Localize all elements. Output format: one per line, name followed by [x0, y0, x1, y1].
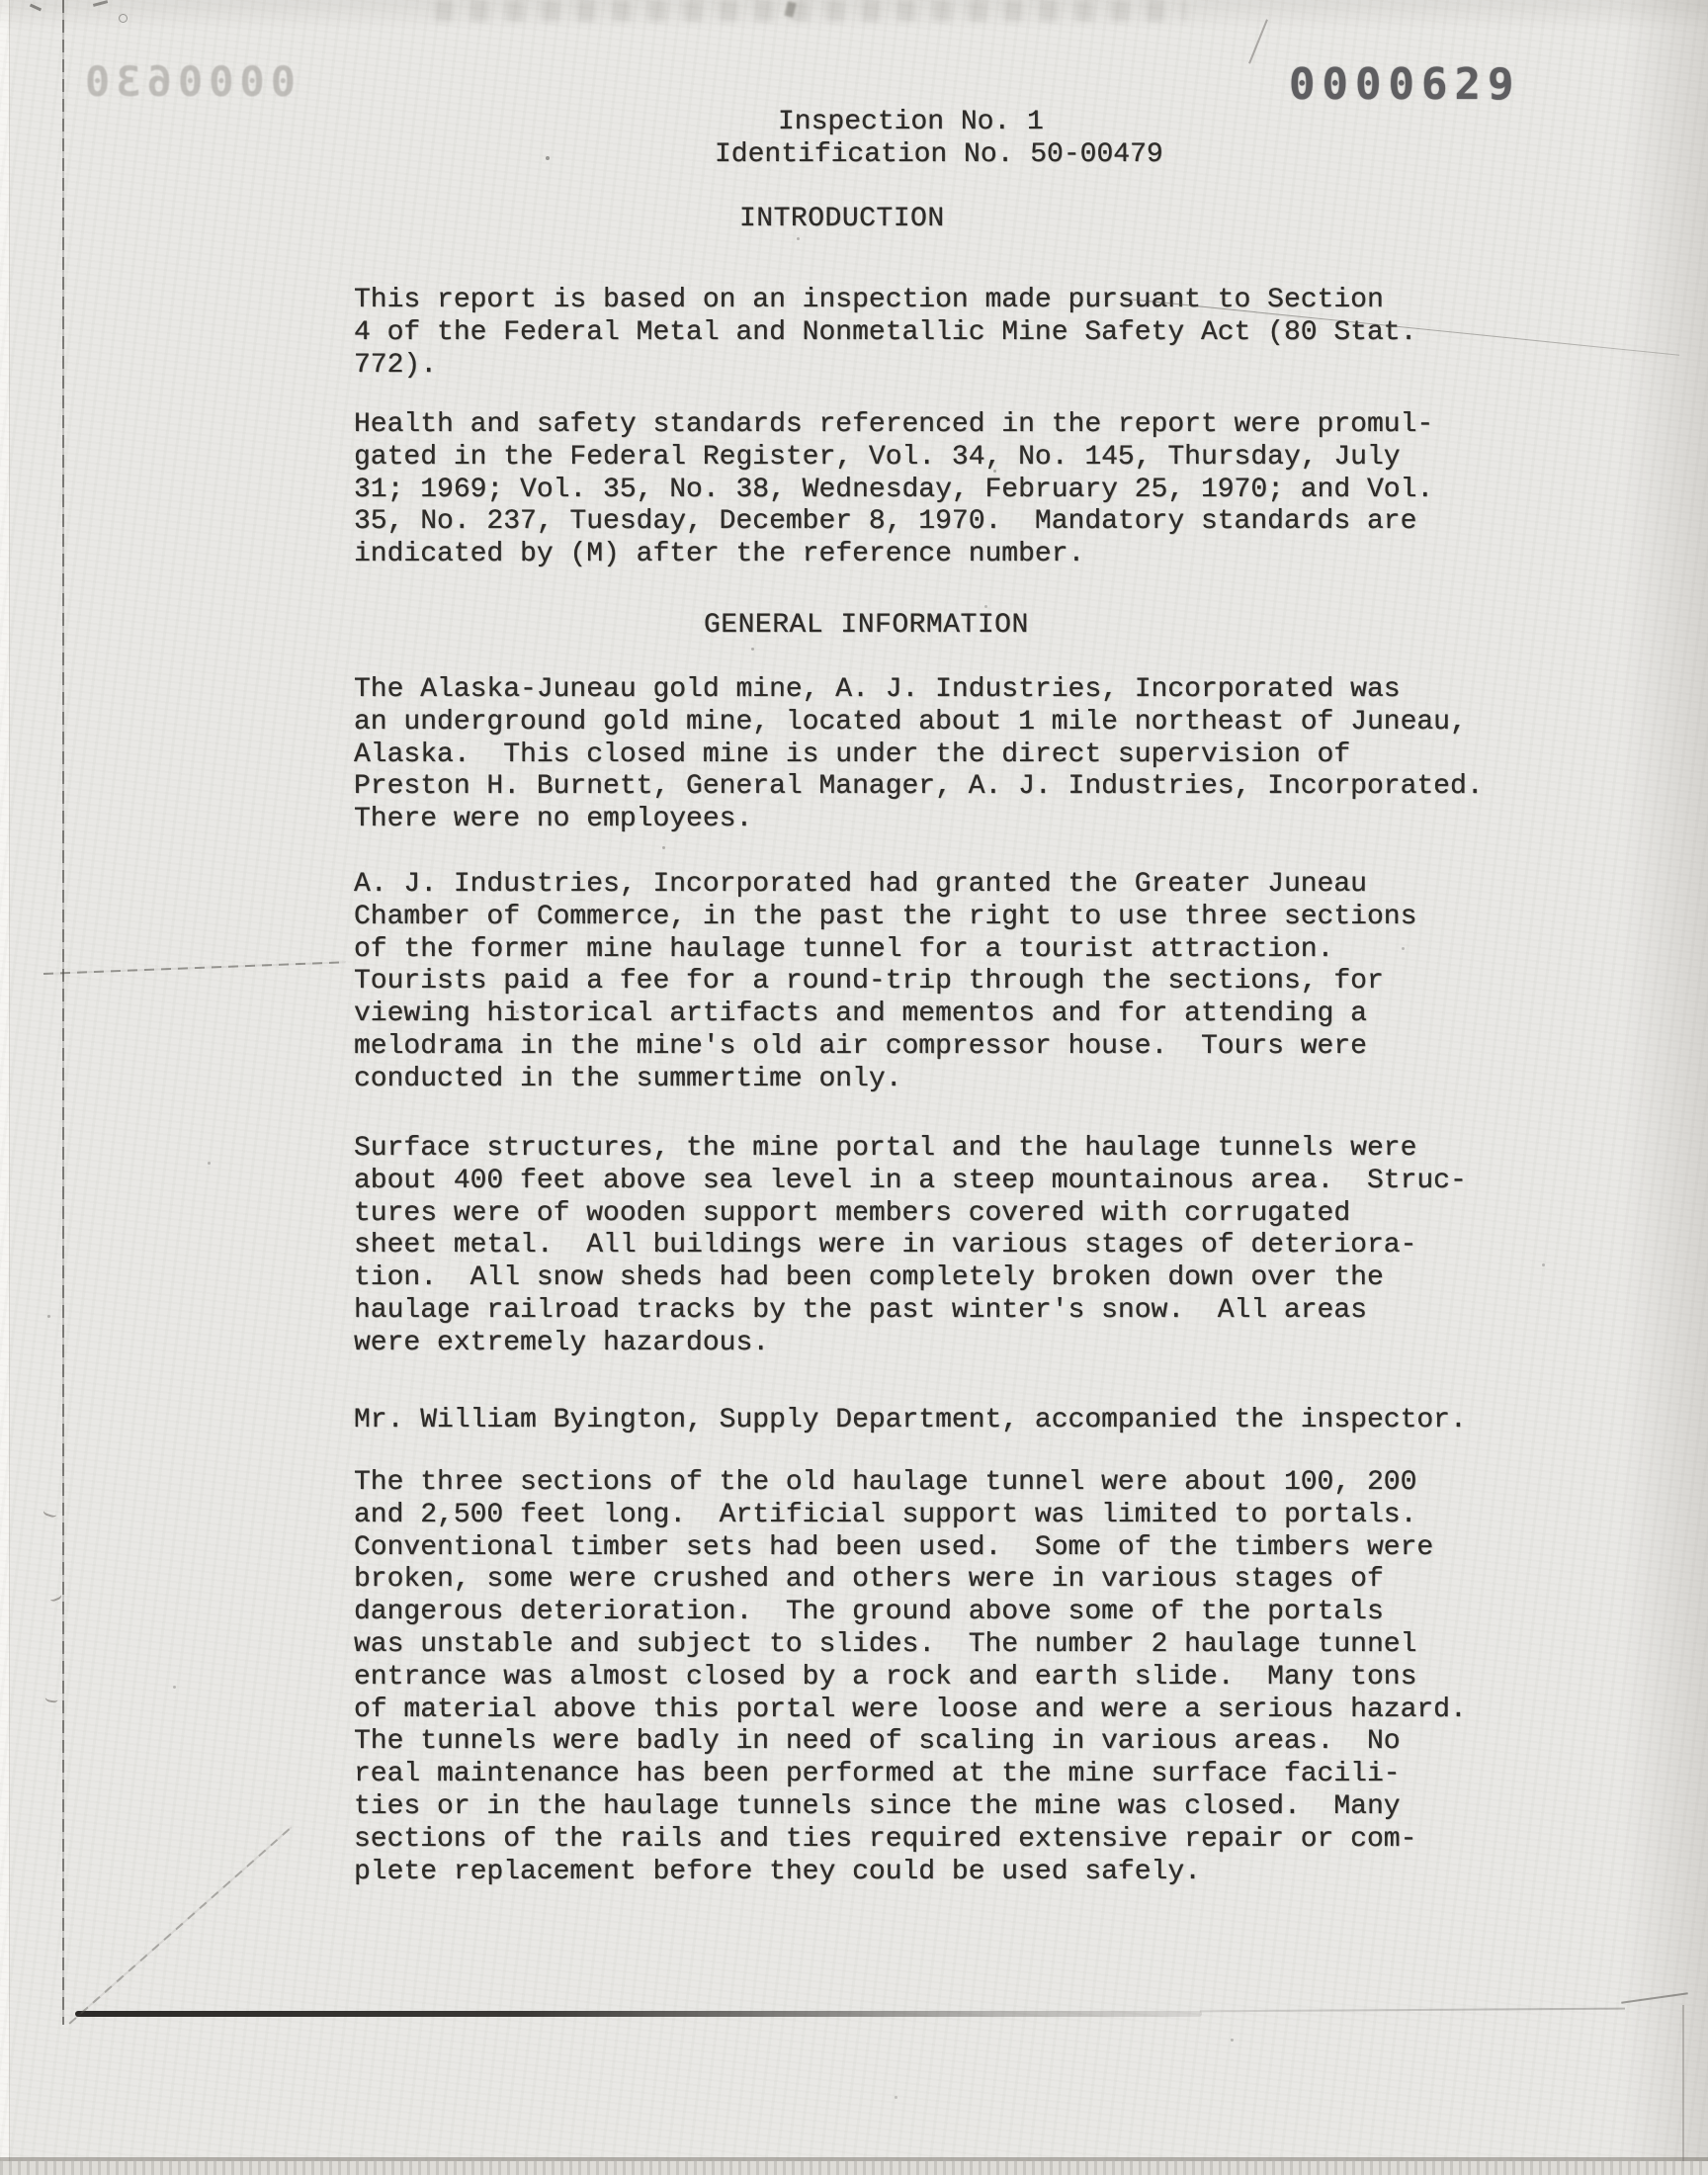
- top-mark-1: [784, 1, 796, 18]
- paragraph-general-4: Mr. William Byington, Supply Department,…: [354, 1405, 1467, 1437]
- page-stamp-number: 0000629: [1289, 59, 1520, 110]
- paragraph-general-3: Surface structures, the mine portal and …: [354, 1133, 1467, 1360]
- scanned-document-page: 0000630 0000629 Inspection No. 1 Identif…: [0, 0, 1708, 2175]
- section-heading-introduction: INTRODUCTION: [739, 204, 945, 236]
- margin-squiggle-2: [48, 1590, 62, 1603]
- top-edge-smudge: [435, 0, 1186, 22]
- top-mark-2: [1248, 19, 1268, 63]
- header-inspection-no: Inspection No. 1: [778, 107, 1044, 139]
- margin-dashed-line-artifact: [43, 961, 346, 974]
- bottom-line-uptick-artifact: [1621, 1992, 1688, 2003]
- scan-left-edge: [0, 0, 10, 2175]
- bottom-faint-line-artifact: [1200, 2008, 1625, 2013]
- bleedthrough-stamp-number: 0000630: [79, 57, 296, 106]
- corner-pen-mark-2: [93, 0, 108, 6]
- section-heading-general-information: GENERAL INFORMATION: [704, 610, 1029, 643]
- paragraph-general-1: The Alaska-Juneau gold mine, A. J. Indus…: [354, 674, 1484, 836]
- page-bottom-edge: [0, 2157, 1708, 2161]
- header-identification-no: Identification No. 50-00479: [715, 139, 1163, 172]
- corner-pen-mark-3: [119, 14, 128, 23]
- crease-diagonal-artifact: [69, 1826, 293, 2024]
- margin-squiggle-1: [43, 1505, 58, 1519]
- paragraph-general-2: A. J. Industries, Incorporated had grant…: [354, 869, 1416, 1096]
- page-right-edge: [1682, 2005, 1684, 2161]
- paragraph-general-5: The three sections of the old haulage tu…: [354, 1467, 1467, 1888]
- paragraph-intro-1: This report is based on an inspection ma…: [354, 285, 1416, 382]
- fold-line-artifact: [62, 0, 64, 2025]
- bottom-heavy-line-artifact: [75, 2011, 1202, 2017]
- paragraph-intro-2: Health and safety standards referenced i…: [354, 409, 1433, 571]
- corner-pen-mark-1: [30, 4, 42, 12]
- page-below-edge-strip: [0, 2161, 1708, 2175]
- margin-squiggle-3: [44, 1692, 59, 1703]
